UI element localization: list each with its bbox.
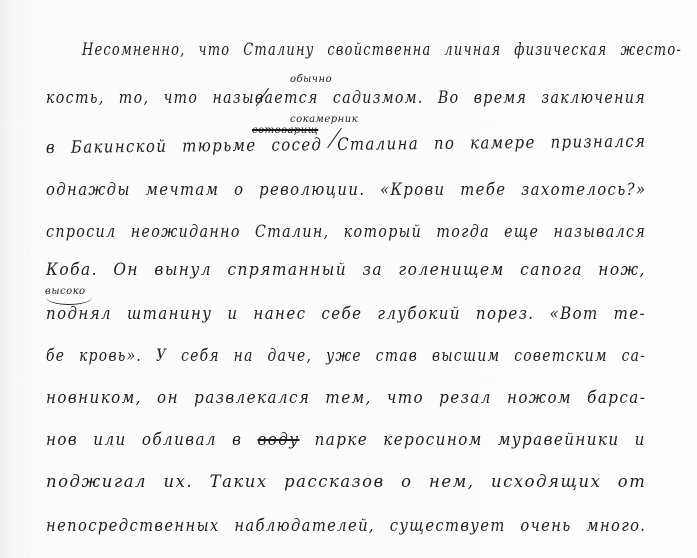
struck-word: воду bbox=[257, 430, 299, 450]
text-line-2: кость, то, что называется садизмом. Во в… bbox=[46, 88, 646, 108]
text-line-3: в Бакинской тюрьме сосед Сталина по каме… bbox=[46, 132, 647, 158]
insertion-oбычно: обычно bbox=[290, 74, 332, 85]
manuscript-page: обычно сокамерник сотоварищ высоко Несом… bbox=[0, 0, 697, 558]
text-line-6: Коба. Он вынул спрятанный за голенищем с… bbox=[46, 260, 646, 280]
text-line-12: непосредственных наблюдателей, существуе… bbox=[46, 516, 646, 536]
line10-end: парке керосином муравейники и bbox=[315, 430, 646, 450]
line10-start: нов или обливал в bbox=[46, 430, 242, 450]
text-line-11: поджигал их. Таких рассказов о нем, исхо… bbox=[46, 472, 646, 492]
text-line-1: Несомненно, что Сталину свойственна личн… bbox=[82, 40, 682, 60]
text-line-4: однажды мечтам о революции. «Крови тебе … bbox=[46, 180, 646, 200]
insertion-sokamernik: сокамерник bbox=[290, 114, 358, 125]
text-line-5: спросил неожиданно Сталин, который тогда… bbox=[46, 222, 646, 242]
text-line-9: новником, он развлекался тем, что резал … bbox=[46, 388, 646, 408]
text-line-10: нов или обливал в воду парке керосином м… bbox=[46, 430, 646, 450]
text-line-8: бе кровь». У себя на даче, уже став высш… bbox=[46, 346, 646, 366]
insertion-arc bbox=[46, 290, 92, 305]
text-line-7: поднял штанину и нанес себе глубокий пор… bbox=[46, 304, 646, 324]
